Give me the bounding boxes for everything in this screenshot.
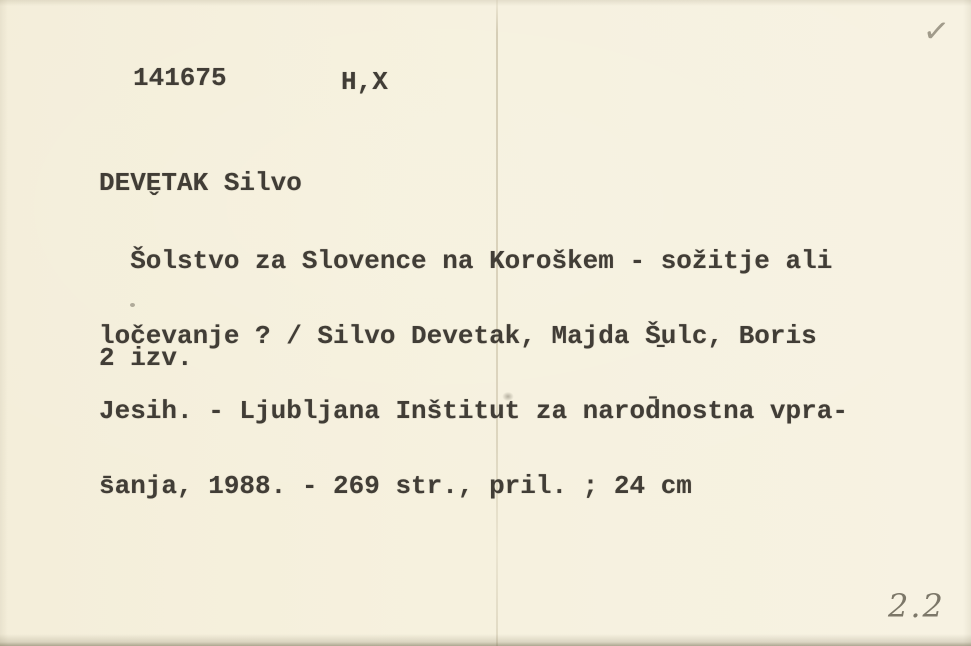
bib-line: ločevanje ? / Silvo Devetak, Majda Š̱ulc… — [99, 324, 848, 349]
copies-note: 2 izv. — [99, 346, 193, 371]
author-heading: DEVE̬TAK Silvo — [99, 171, 302, 196]
bib-line: Jesih. - Ljubljana Inštitut za narod̄nos… — [99, 399, 848, 424]
handwritten-number-annotation: 2.2 — [888, 587, 945, 625]
call-number: 141675 — [133, 66, 227, 91]
bib-line: Šolstvo za Slovence na Koroškem - sožitj… — [99, 249, 848, 274]
bib-line: s̄anja, 1988. - 269 str., pril. ; 24 cm — [99, 474, 848, 499]
shelf-mark: H,X — [341, 70, 388, 95]
checkmark-annotation: ✓ — [921, 11, 952, 52]
bibliographic-description: Šolstvo za Slovence na Koroškem - sožitj… — [99, 199, 848, 549]
library-catalog-card: 141675 H,X DEVE̬TAK Silvo Šolstvo za Slo… — [0, 0, 971, 646]
